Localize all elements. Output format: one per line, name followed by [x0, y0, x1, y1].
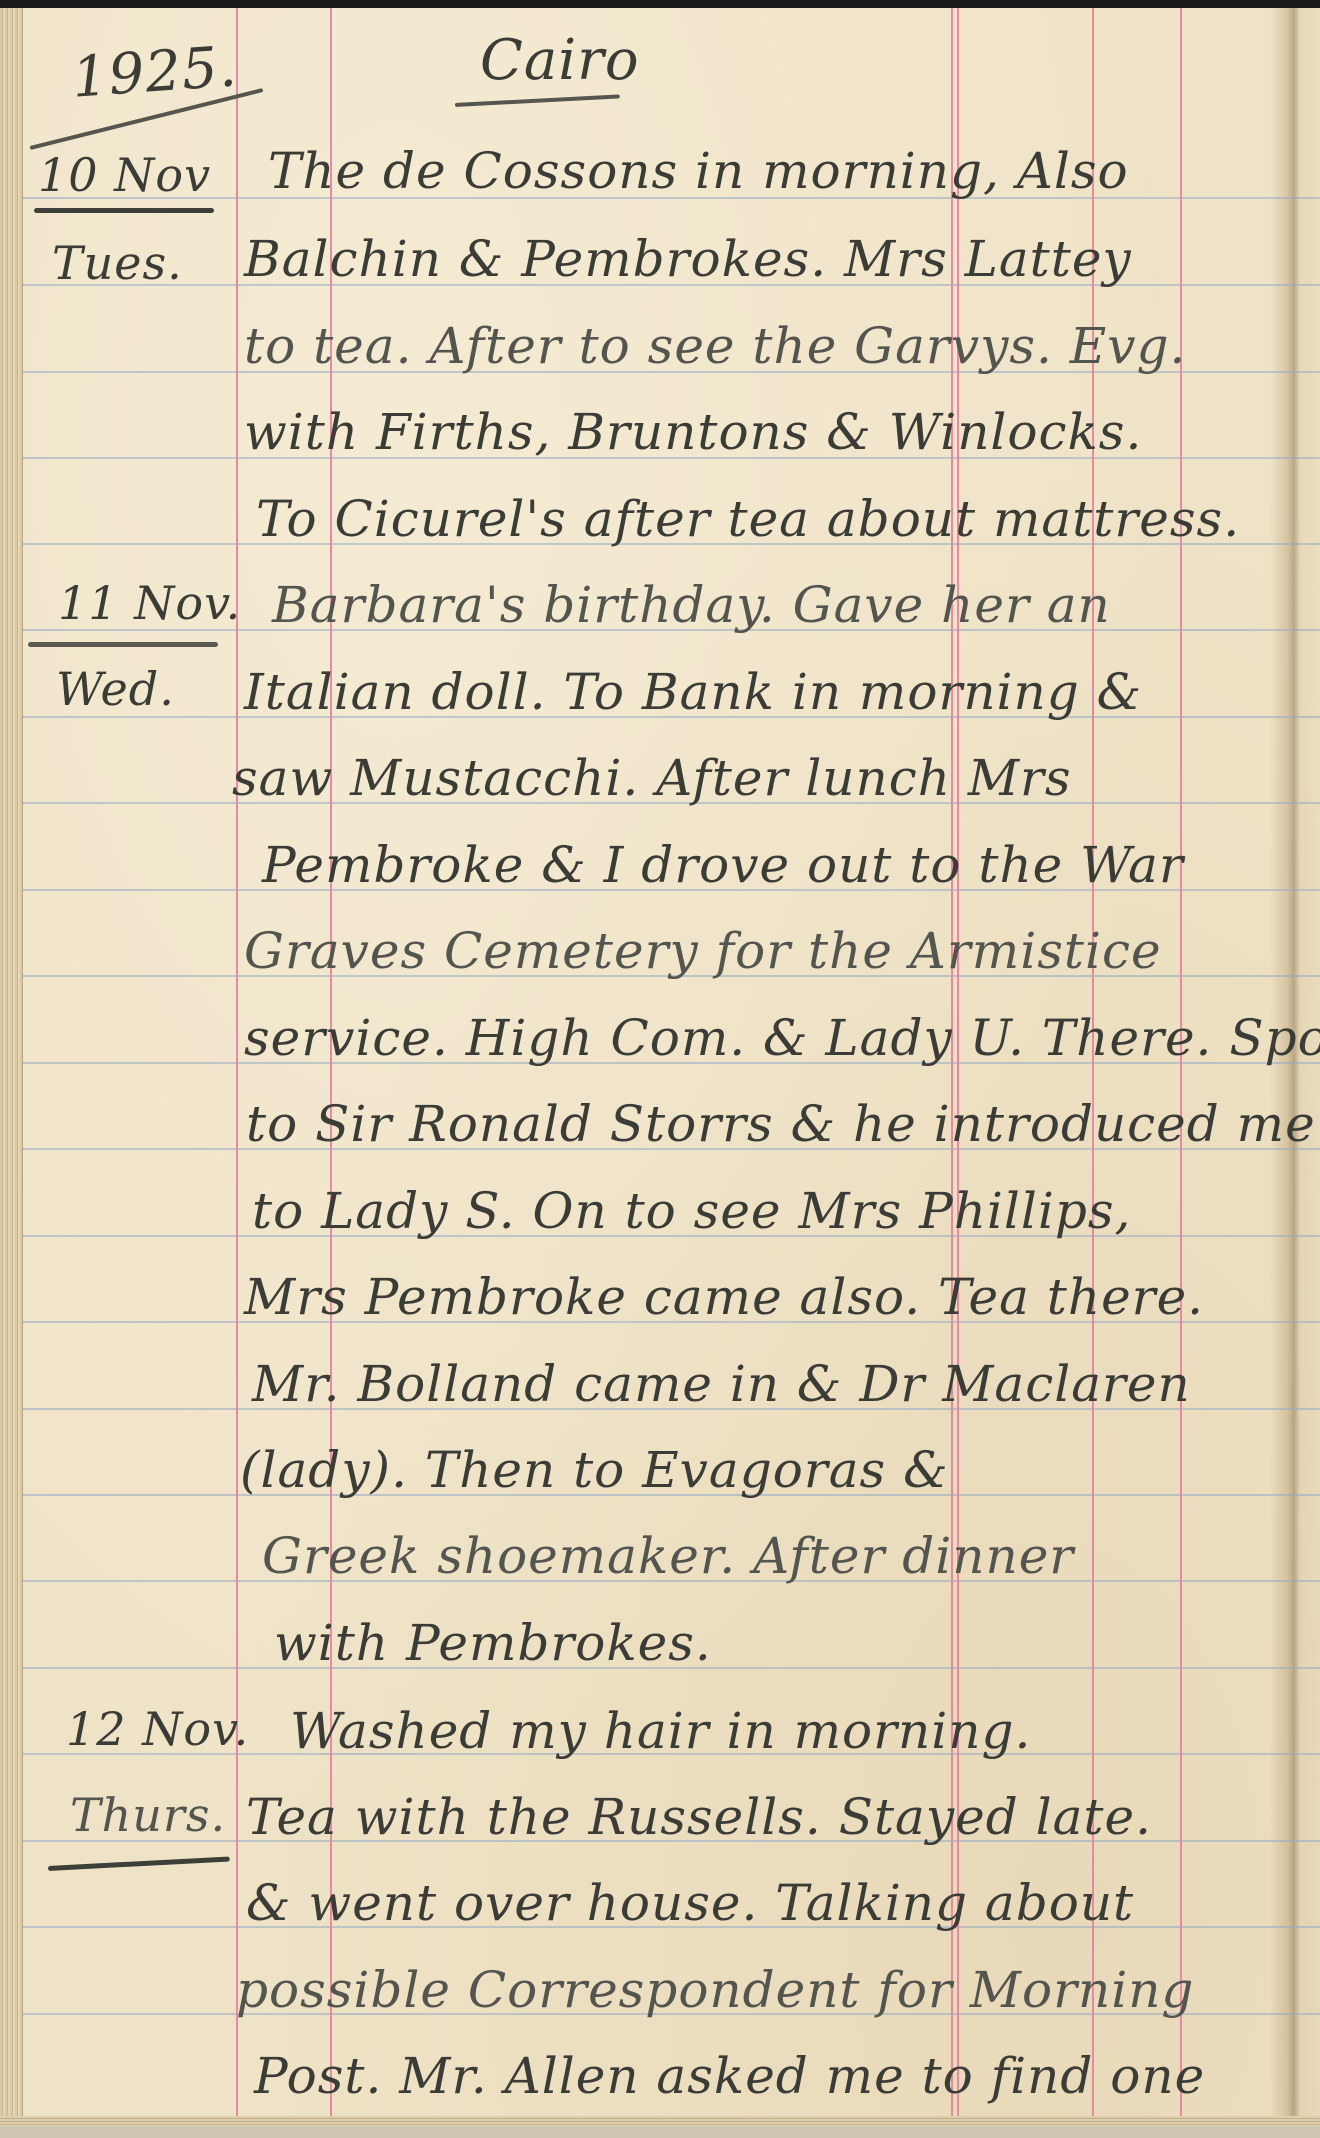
entry-line: Post. Mr. Allen asked me to find one — [254, 2047, 1205, 2105]
date-underline — [34, 208, 214, 213]
date-underline — [48, 1856, 230, 1871]
entry-line: Balchin & Pembrokes. Mrs Lattey — [244, 230, 1132, 288]
date-underline — [28, 642, 218, 647]
book-bottom-edge — [0, 2116, 1320, 2126]
bottom-edge — [0, 2126, 1320, 2138]
diary-page: 1925. Cairo 10 Nov Tues. The de Cossons … — [0, 8, 1320, 2126]
place-underline — [455, 94, 620, 107]
entry-line: to Sir Ronald Storrs & he introduced me — [246, 1095, 1316, 1153]
entry-line: Mrs Pembroke came also. Tea there. — [244, 1268, 1204, 1326]
entry-line: Pembroke & I drove out to the War — [262, 836, 1184, 894]
entry-line: Barbara's birthday. Gave her an — [272, 576, 1111, 634]
entry-line: to Lady S. On to see Mrs Phillips, — [252, 1182, 1131, 1240]
entry-line: & went over house. Talking about — [246, 1874, 1134, 1932]
entry-weekday: Thurs. — [70, 1788, 226, 1842]
entry-line: Italian doll. To Bank in morning & — [244, 663, 1142, 721]
entry-line: The de Cossons in morning, Also — [268, 142, 1129, 200]
entry-line: To Cicurel's after tea about mattress. — [256, 490, 1240, 548]
entry-line: Mr. Bolland came in & Dr Maclaren — [252, 1355, 1191, 1413]
entry-line: with Pembrokes. — [274, 1614, 712, 1672]
entry-line: Greek shoemaker. After dinner — [262, 1527, 1074, 1585]
entry-line: Washed my hair in morning. — [290, 1702, 1031, 1760]
entry-line: service. High Com. & Lady U. There. Spok… — [244, 1009, 1320, 1067]
entry-line: Tea with the Russells. Stayed late. — [246, 1788, 1152, 1846]
entry-weekday: Wed. — [56, 662, 175, 716]
entry-line: possible Correspondent for Morning — [236, 1961, 1194, 2019]
entry-date: 10 Nov — [38, 148, 211, 202]
margin-rule — [236, 8, 238, 2126]
place-heading: Cairo — [480, 28, 640, 93]
book-page-edges — [0, 8, 23, 2126]
entry-date: 11 Nov. — [58, 576, 241, 630]
entry-line: (lady). Then to Evagoras & — [240, 1441, 949, 1499]
entry-line: saw Mustacchi. After lunch Mrs — [232, 749, 1072, 807]
entry-date: 12 Nov. — [66, 1702, 249, 1756]
page-gutter-fold — [1270, 8, 1320, 2126]
entry-weekday: Tues. — [52, 236, 183, 290]
entry-line: Graves Cemetery for the Armistice — [244, 922, 1162, 980]
entry-line: with Firths, Bruntons & Winlocks. — [244, 403, 1142, 461]
entry-line: to tea. After to see the Garvys. Evg. — [244, 317, 1186, 375]
